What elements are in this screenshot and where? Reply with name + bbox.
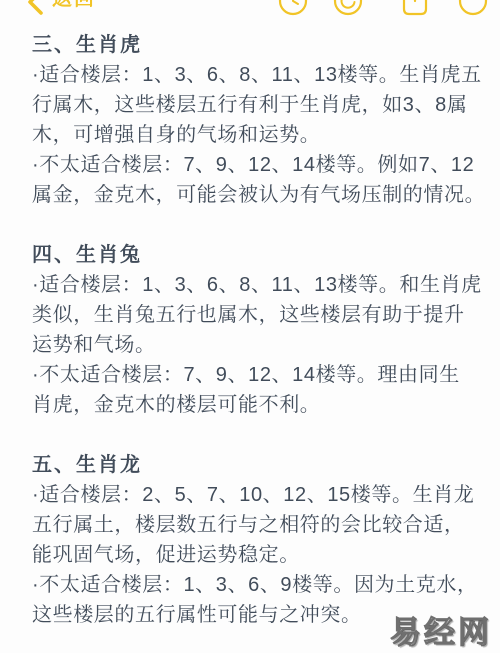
body-line: 行属木，这些楼层五行有利于生肖虎，如3、8属 [32, 90, 474, 120]
back-label: 返回 [52, 0, 96, 10]
body-line: 能巩固气场，促进运势稳定。 [32, 540, 474, 570]
section-body: ·适合楼层：1、3、6、8、11、13楼等。和生肖虎 类似，生肖兔五行也属木，这… [32, 270, 474, 420]
body-line: ·适合楼层：1、3、6、8、11、13楼等。生肖虎五 [32, 60, 474, 90]
body-line: 五行属土，楼层数五行与之相符的会比较合适， [32, 510, 474, 540]
body-line: 运势和气场。 [32, 330, 474, 360]
refresh-icon[interactable] [333, 0, 363, 16]
zodiac-section: 四、生肖兔 ·适合楼层：1、3、6、8、11、13楼等。和生肖虎 类似，生肖兔五… [32, 240, 474, 420]
zodiac-section: 三、生肖虎 ·适合楼层：1、3、6、8、11、13楼等。生肖虎五 行属木，这些楼… [32, 30, 474, 210]
body-line: ·不太适合楼层：7、9、12、14楼等。例如7、12 [32, 150, 474, 180]
body-line: 木，可增强自身的气场和运势。 [32, 120, 474, 150]
section-heading: 四、生肖兔 [32, 240, 474, 270]
article: 三、生肖虎 ·适合楼层：1、3、6、8、11、13楼等。生肖虎五 行属木，这些楼… [0, 20, 500, 630]
body-line: 肖虎，金克木的楼层可能不利。 [32, 390, 474, 420]
body-line: ·不太适合楼层：1、3、6、9楼等。因为土克水， [32, 570, 474, 600]
toolbar: 返回 [0, 0, 500, 20]
section-body: ·适合楼层：2、5、7、10、12、15楼等。生肖龙 五行属土，楼层数五行与之相… [32, 480, 474, 630]
share-icon[interactable] [400, 0, 430, 18]
body-line: ·不太适合楼层：7、9、12、14楼等。理由同生 [32, 360, 474, 390]
body-line: ·适合楼层：1、3、6、8、11、13楼等。和生肖虎 [32, 270, 474, 300]
section-heading: 三、生肖虎 [32, 30, 474, 60]
watermark: 易经网 [390, 615, 492, 651]
body-line: 属金，金克木，可能会被认为有气场压制的情况。 [32, 180, 474, 210]
zodiac-section: 五、生肖龙 ·适合楼层：2、5、7、10、12、15楼等。生肖龙 五行属土，楼层… [32, 450, 474, 630]
body-line: ·适合楼层：2、5、7、10、12、15楼等。生肖龙 [32, 480, 474, 510]
section-body: ·适合楼层：1、3、6、8、11、13楼等。生肖虎五 行属木，这些楼层五行有利于… [32, 60, 474, 210]
back-button[interactable]: 返回 [24, 0, 134, 20]
circle-icon[interactable] [458, 0, 488, 16]
body-line: 类似，生肖兔五行也属木，这些楼层有助于提升 [32, 300, 474, 330]
section-heading: 五、生肖龙 [32, 450, 474, 480]
back-chevron-icon [24, 0, 46, 16]
history-icon[interactable] [278, 0, 308, 16]
